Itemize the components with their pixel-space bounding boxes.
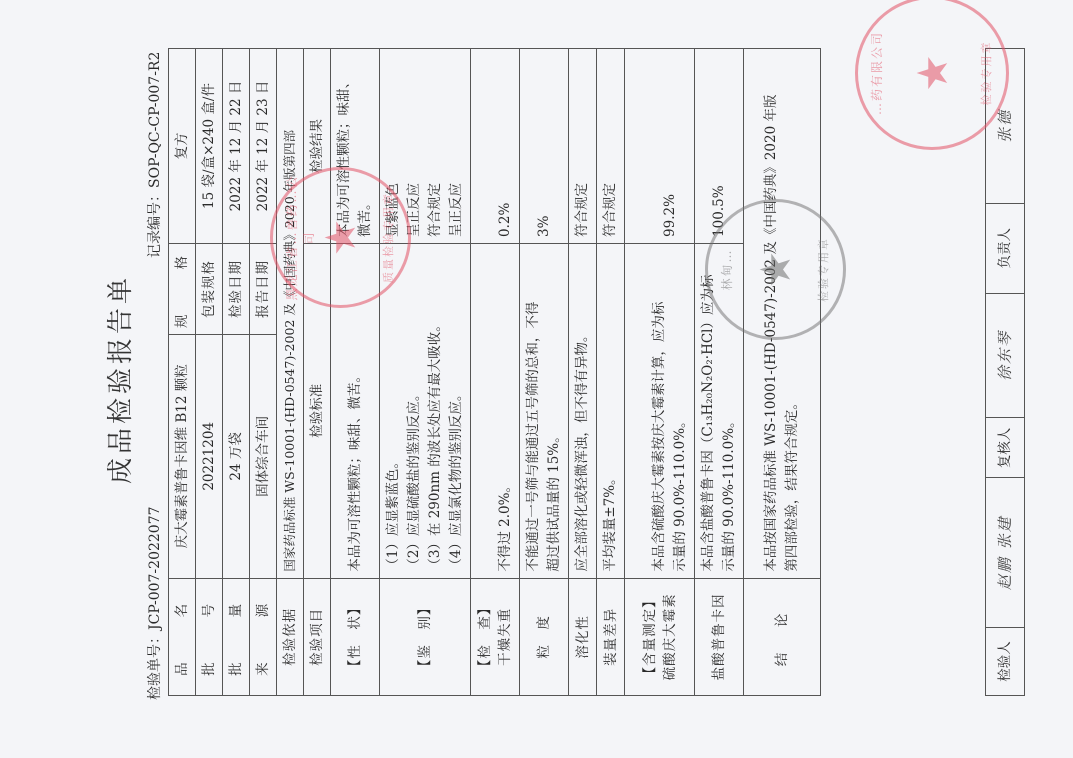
- test-result: 符合规定: [597, 49, 625, 244]
- test-result: 本品为可溶性颗粒；味甜、微苦。: [331, 49, 380, 244]
- standard-line: 示量的 90.0%-110.0%。: [719, 250, 740, 572]
- spec-value: 复方: [169, 49, 196, 244]
- test-date-label: 检验日期: [223, 243, 250, 334]
- test-result: 符合规定: [569, 49, 597, 244]
- batch-no-label: 批 号: [196, 578, 223, 695]
- standard-line: （1）应显紫蓝色。: [383, 250, 404, 572]
- test-standard: （1）应显紫蓝色。（2）应显硫酸盐的鉴别反应。（3）在 290nm 的波长处应有…: [380, 243, 471, 578]
- standard-line: 超过供试品量的 15%。: [544, 250, 565, 572]
- header-item: 检验项目: [304, 578, 331, 695]
- report-title: 成品检验报告单: [100, 0, 137, 758]
- row-basis: 检验依据 国家药品标准 WS-10001-(HD-0547)-2002 及《中国…: [277, 49, 304, 696]
- test-item-label: 粒 度: [534, 585, 554, 689]
- row-table-header: 检验项目 检验标准 检验结果: [304, 49, 331, 696]
- test-row: 盐酸普鲁卡因本品含盐酸普鲁卡因（C₁₃H₂₀N₂O₂·HCl）应为标示量的 90…: [695, 49, 744, 696]
- header-result: 检验结果: [304, 49, 331, 244]
- test-result: 3%: [520, 49, 569, 244]
- test-result: 0.2%: [471, 49, 520, 244]
- row-product-name: 品 名 庆大霉素普鲁卡因维 B12 颗粒 规 格 复方: [169, 49, 196, 696]
- batch-no-value: 20221204: [196, 334, 223, 578]
- batch-qty-label: 批 量: [223, 578, 250, 695]
- inspection-number-label: 检验单号：: [147, 630, 163, 700]
- test-sections: 【性 状】本品为可溶性颗粒；味甜、微苦。本品为可溶性颗粒；味甜、微苦。【鉴 别】…: [331, 49, 744, 696]
- standard-line: （3）在 290nm 的波长处应有最大吸收。: [425, 250, 446, 572]
- test-standard: 不得过 2.0%。: [471, 243, 520, 578]
- product-name-value: 庆大霉素普鲁卡因维 B12 颗粒: [169, 334, 196, 578]
- test-standard: 不能通过一号筛与能通过五号筛的总和，不得超过供试品量的 15%。: [520, 243, 569, 578]
- conclusion-line: 本品按国家药品标准 WS-10001-(HD-0547)-2002 及《中国药典…: [761, 55, 782, 572]
- report-date-label: 报告日期: [250, 243, 277, 334]
- inspector-signature: 赵鹏 张建: [986, 478, 1025, 628]
- test-date-value: 2022 年 12 月 22 日: [223, 49, 250, 244]
- test-row: 粒 度不能通过一号筛与能通过五号筛的总和，不得超过供试品量的 15%。3%: [520, 49, 569, 696]
- result-line: 符合规定: [572, 55, 593, 237]
- spec-label: 规 格: [169, 243, 196, 334]
- report-table: 品 名 庆大霉素普鲁卡因维 B12 颗粒 规 格 复方 批 号 20221204…: [168, 48, 821, 696]
- result-line: 0.2%: [495, 55, 516, 237]
- test-row: 【含量测定】硫酸庆大霉素 本品含硫酸庆大霉素按庆大霉素计算，应为标示量的 90.…: [625, 49, 695, 696]
- product-name-label: 品 名: [169, 578, 196, 695]
- result-line: 呈正反应: [446, 55, 467, 237]
- test-item: 粒 度: [520, 578, 569, 695]
- test-item-label: 溶化性: [573, 585, 593, 689]
- conclusion-line: 第四部检验，结果符合规定。: [782, 55, 803, 572]
- responsible-label: 负责人: [986, 203, 1025, 293]
- result-line: 呈正反应: [404, 55, 425, 237]
- test-standard: 本品含盐酸普鲁卡因（C₁₃H₂₀N₂O₂·HCl）应为标示量的 90.0%-11…: [695, 243, 744, 578]
- standard-line: 平均装量±7%。: [600, 250, 621, 572]
- section-heading: 【性 状】: [345, 585, 365, 689]
- result-line: 3%: [534, 55, 555, 237]
- test-standard: 平均装量±7%。: [597, 243, 625, 578]
- test-item: 【检 查】干燥失重: [471, 578, 520, 695]
- basis-value: 国家药品标准 WS-10001-(HD-0547)-2002 及《中国药典》20…: [277, 49, 304, 579]
- section-heading: 【检 查】: [475, 585, 495, 689]
- result-line: 显紫蓝色: [383, 55, 404, 237]
- standard-line: 本品含硫酸庆大霉素按庆大霉素计算，应为标: [649, 250, 670, 572]
- result-line: 微苦。: [355, 55, 376, 237]
- test-result: 显紫蓝色呈正反应符合规定呈正反应: [380, 49, 471, 244]
- record-number-label: 记录编号：: [147, 188, 163, 258]
- test-row: 溶化性应全部溶化或轻微浑浊，但不得有异物。符合规定: [569, 49, 597, 696]
- row-batch-qty: 批 量 24 万袋 检验日期 2022 年 12 月 22 日: [223, 49, 250, 696]
- test-item-label: 盐酸普鲁卡因: [709, 585, 729, 689]
- standard-line: （2）应显硫酸盐的鉴别反应。: [404, 250, 425, 572]
- test-item: 【含量测定】硫酸庆大霉素: [625, 578, 695, 695]
- batch-qty-value: 24 万袋: [223, 334, 250, 578]
- result-line: 符合规定: [425, 55, 446, 237]
- standard-line: 示量的 90.0%-110.0%。: [670, 250, 691, 572]
- conclusion-text: 本品按国家药品标准 WS-10001-(HD-0547)-2002 及《中国药典…: [744, 49, 821, 579]
- test-standard: 本品为可溶性颗粒；味甜、微苦。: [331, 243, 380, 578]
- test-standard: 应全部溶化或轻微浑浊，但不得有异物。: [569, 243, 597, 578]
- result-line: 本品为可溶性颗粒；味甜、: [334, 55, 355, 237]
- row-batch-no: 批 号 20221204 包装规格 15 袋/盒×240 盒/件: [196, 49, 223, 696]
- reviewer-signature: 徐东琴: [986, 293, 1025, 418]
- test-item: 溶化性: [569, 578, 597, 695]
- section-heading: 【鉴 别】: [415, 585, 435, 689]
- star-icon: ★: [908, 54, 957, 92]
- standard-line: 不能通过一号筛与能通过五号筛的总和，不得: [523, 250, 544, 572]
- inspection-number: 检验单号：JCP-007-2022077: [144, 506, 164, 700]
- standard-line: 本品为可溶性颗粒；味甜、微苦。: [345, 250, 366, 572]
- row-conclusion: 结 论 本品按国家药品标准 WS-10001-(HD-0547)-2002 及《…: [744, 49, 821, 696]
- report-page: 成品检验报告单 检验单号：JCP-007-2022077 记录编号：SOP-QC…: [0, 0, 1073, 758]
- reviewer-label: 复核人: [986, 418, 1025, 478]
- report-date-value: 2022 年 12 月 23 日: [250, 49, 277, 244]
- test-item-label: 硫酸庆大霉素: [660, 585, 680, 689]
- row-source: 来 源 固体综合车间 报告日期 2022 年 12 月 23 日: [250, 49, 277, 696]
- inspector-label: 检验人: [986, 628, 1025, 696]
- result-line: 100.5%: [709, 55, 730, 237]
- test-item: 盐酸普鲁卡因: [695, 578, 744, 695]
- test-item: 【性 状】: [331, 578, 380, 695]
- package-label: 包装规格: [196, 243, 223, 334]
- header-standard: 检验标准: [304, 243, 331, 578]
- test-result: 99.2%: [625, 49, 695, 244]
- test-result: 100.5%: [695, 49, 744, 244]
- test-item: 装量差异: [597, 578, 625, 695]
- test-item-label: 装量差异: [601, 585, 621, 689]
- section-heading: 【含量测定】: [640, 585, 660, 689]
- test-item: 【鉴 别】: [380, 578, 471, 695]
- conclusion-label: 结 论: [744, 578, 821, 695]
- test-row: 【检 查】干燥失重 不得过 2.0%。 0.2%: [471, 49, 520, 696]
- record-number-value: SOP-QC-CP-007-R2: [147, 52, 163, 188]
- standard-line: 应全部溶化或轻微浑浊，但不得有异物。: [572, 250, 593, 572]
- package-value: 15 袋/盒×240 盒/件: [196, 49, 223, 244]
- company-stamp-text: …药有限公司: [868, 0, 885, 147]
- test-item-label: 干燥失重: [495, 585, 515, 689]
- signature-table: 检验人 赵鹏 张建 复核人 徐东琴 负责人 张德: [985, 48, 1025, 696]
- test-row: 【性 状】本品为可溶性颗粒；味甜、微苦。本品为可溶性颗粒；味甜、微苦。: [331, 49, 380, 696]
- test-row: 装量差异平均装量±7%。符合规定: [597, 49, 625, 696]
- record-number: 记录编号：SOP-QC-CP-007-R2: [144, 52, 164, 258]
- test-row: 【鉴 别】（1）应显紫蓝色。（2）应显硫酸盐的鉴别反应。（3）在 290nm 的…: [380, 49, 471, 696]
- standard-line: （4）应显氯化物的鉴别反应。: [446, 250, 467, 572]
- source-value: 固体综合车间: [250, 334, 277, 578]
- signature-row: 检验人 赵鹏 张建 复核人 徐东琴 负责人 张德: [986, 49, 1025, 696]
- responsible-signature: 张德: [986, 49, 1025, 204]
- standard-line: 本品含盐酸普鲁卡因（C₁₃H₂₀N₂O₂·HCl）应为标: [698, 250, 719, 572]
- source-label: 来 源: [250, 578, 277, 695]
- result-line: 符合规定: [600, 55, 621, 237]
- basis-label: 检验依据: [277, 578, 304, 695]
- result-line: 99.2%: [660, 55, 681, 237]
- inspection-number-value: JCP-007-2022077: [147, 506, 163, 630]
- standard-line: 不得过 2.0%。: [495, 250, 516, 572]
- test-standard: 本品含硫酸庆大霉素按庆大霉素计算，应为标示量的 90.0%-110.0%。: [625, 243, 695, 578]
